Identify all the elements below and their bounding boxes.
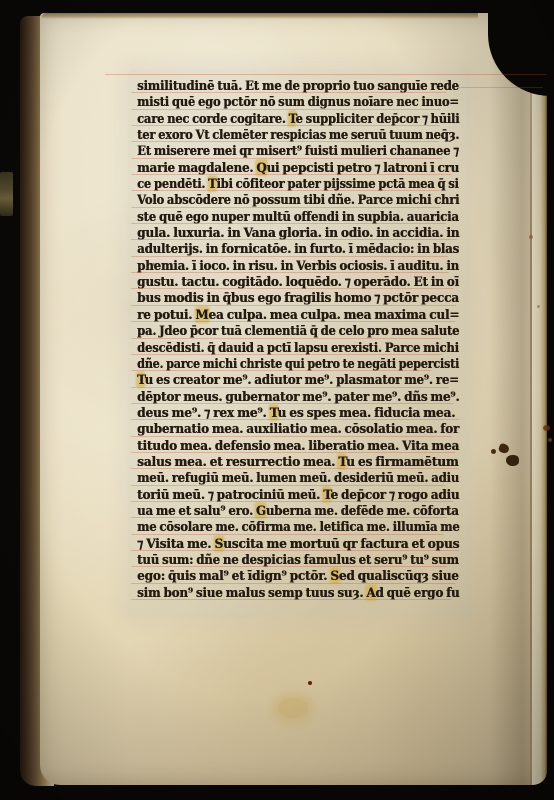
text-segment: u es spes mea. fiducia mea.	[277, 405, 455, 420]
text-line: adulterijs. in fornicatōe. in furto. ī m…	[137, 241, 438, 257]
text-segment: pa. Jdeo p̄cor tuā clementiā q̄ de celo …	[137, 323, 459, 338]
text-line: toriū meū. ⁊ patrociniū meū. Te dep̄cor …	[137, 487, 444, 503]
yellow-washed-initial: T	[323, 487, 330, 502]
facing-page-curl	[532, 13, 547, 785]
text-line: pa. Jdeo p̄cor tuā clementiā q̄ de celo …	[137, 323, 432, 339]
yellow-washed-initial: S	[330, 568, 339, 583]
text-segment: d quē ergo fu	[375, 585, 459, 600]
text-segment: dēptor meus. gubernator me⁹. pater me⁹. …	[137, 389, 459, 404]
text-line: me cōsolare me. cōfirma me. letifica me.…	[137, 519, 434, 535]
text-line: Et miserere mei qr misert⁹ fuisti mulier…	[137, 143, 433, 159]
text-line: dēptor meus. gubernator me⁹. pater me⁹. …	[137, 389, 444, 405]
text-line: phemia. ī ioco. in risu. in Verbis ocios…	[137, 258, 439, 274]
text-segment: re potui.	[137, 307, 195, 322]
text-segment: uberna me. defēde me. cōforta	[266, 503, 459, 518]
text-segment: ce pendēti.	[137, 176, 208, 191]
text-segment: tuū sum: dñe ne despicias famulus et ser…	[137, 552, 459, 567]
text-line: ⁊ Visita me. Suscita me mortuū qr factur…	[137, 536, 449, 552]
yellow-washed-initial: T	[288, 111, 295, 126]
text-segment: gustu. tactu. cogitādo. loquēdo. ⁊ operā…	[137, 274, 459, 289]
text-line: misti quē ego pctōr nō sum dignus noīare…	[137, 94, 432, 110]
text-segment: salus mea. et resurrectio mea.	[137, 454, 338, 469]
text-line: ter exoro Vt clemēter respicias me seruū…	[137, 127, 430, 143]
page-top-edge	[42, 13, 478, 19]
text-block: similitudinē tuā. Et me de proprio tuo s…	[137, 78, 459, 603]
text-segment: care nec corde cogitare.	[137, 111, 288, 126]
text-segment: u es creator me⁹. adiutor me⁹. plasmator…	[145, 372, 459, 387]
text-segment: toriū meū. ⁊ patrociniū meū.	[137, 487, 323, 502]
yellow-washed-initial: Q	[256, 160, 266, 175]
text-line: descēdisti. q̄ dauid a pctī lapsu erexis…	[137, 340, 433, 356]
text-segment: ter exoro Vt clemēter respicias me seruū…	[137, 127, 459, 142]
text-segment: ibi cōfiteor pater pijssime pctā mea q̄ …	[216, 176, 458, 191]
text-segment: me cōsolare me. cōfirma me. letifica me.…	[137, 519, 459, 534]
yellow-washed-initial: A	[366, 585, 375, 600]
yellow-washed-initial: T	[208, 176, 216, 191]
text-segment: Et miserere mei qr misert⁹ fuisti mulier…	[137, 143, 459, 158]
red-ruling-top	[105, 74, 547, 75]
text-segment: phemia. ī ioco. in risu. in Verbis ocios…	[137, 258, 459, 273]
text-segment: gula. luxuria. in Vana gloria. in odio. …	[137, 225, 459, 240]
text-segment: e suppliciter dep̄cor ⁊ hūili	[296, 111, 460, 126]
text-segment: sim bon⁹ siue malus semp tuus suȝ.	[137, 585, 366, 600]
dark-speck	[308, 681, 312, 685]
text-segment: ea culpa. mea culpa. mea maxima cul=	[208, 307, 459, 322]
text-line: bus modis in q̄bus ego fragilis homo ⁊ p…	[137, 290, 447, 306]
text-line: gubernatio mea. auxiliatio mea. cōsolati…	[137, 421, 442, 437]
text-segment: similitudinē tuā. Et me de proprio tuo s…	[137, 78, 459, 93]
text-segment: marie magdalene.	[137, 160, 256, 175]
text-line: ce pendēti. Tibi cōfiteor pater pijssime…	[137, 176, 431, 192]
yellow-washed-initial: T	[270, 405, 278, 420]
text-segment: meū. refugiū meū. lumen meū. desideriū m…	[137, 470, 459, 485]
text-segment: ste quē ego nuper multū offendi in supbi…	[137, 209, 459, 224]
text-line: dñe. parce michi christe qui petro te ne…	[137, 356, 422, 372]
text-line: gula. luxuria. in Vana gloria. in odio. …	[137, 225, 447, 241]
text-line: tuū sum: dñe ne despicias famulus et ser…	[137, 552, 438, 568]
book-page: similitudinē tuā. Et me de proprio tuo s…	[40, 13, 547, 785]
text-segment: Volo abscōdere nō possum tibi dñe. Parce…	[137, 192, 459, 207]
text-segment: bus modis in q̄bus ego fragilis homo ⁊ p…	[137, 290, 459, 305]
yellow-washed-initial: S	[214, 536, 223, 551]
text-line: titudo mea. defensio mea. liberatio mea.…	[137, 438, 446, 454]
text-line: Volo abscōdere nō possum tibi dñe. Parce…	[137, 192, 432, 208]
text-segment: descēdisti. q̄ dauid a pctī lapsu erexis…	[137, 340, 459, 355]
text-line: ua me et salu⁹ ero. Guberna me. defēde m…	[137, 503, 438, 519]
text-line: Tu es creator me⁹. adiutor me⁹. plasmato…	[137, 372, 439, 388]
yellow-washed-initial: T	[137, 372, 145, 387]
text-segment: misti quē ego pctōr nō sum dignus noīare…	[137, 94, 459, 109]
clasp-remnant	[0, 172, 13, 216]
text-segment: dñe. parce michi christe qui petro te ne…	[137, 356, 459, 371]
text-segment: ed qualiscūqȝ siue	[339, 568, 459, 583]
text-line: salus mea. et resurrectio mea. Tu es fir…	[137, 454, 449, 470]
text-line: care nec corde cogitare. Te suppliciter …	[137, 111, 431, 127]
text-segment: gubernatio mea. auxiliatio mea. cōsolati…	[137, 421, 459, 436]
text-segment: u es firmamētum	[346, 454, 459, 469]
yellow-washed-initial: G	[256, 503, 266, 518]
text-segment: ua me et salu⁹ ero.	[137, 503, 256, 518]
gutter-shadow	[489, 13, 533, 785]
red-ruling-right-margin	[459, 87, 543, 88]
text-segment: adulterijs. in fornicatōe. in furto. ī m…	[137, 241, 459, 256]
text-line: ste quē ego nuper multū offendi in supbi…	[137, 209, 437, 225]
text-line: ego: q̄uis mal⁹ et īdign⁹ pctōr. Sed qua…	[137, 568, 446, 584]
text-segment: e dep̄cor ⁊ rogo adiu	[330, 487, 459, 502]
yellow-washed-initial: M	[195, 307, 208, 322]
text-segment: uscita me mortuū qr factura et opus	[223, 536, 459, 551]
text-segment: ego: q̄uis mal⁹ et īdign⁹ pctōr.	[137, 568, 330, 583]
book-photo: similitudinē tuā. Et me de proprio tuo s…	[0, 0, 554, 800]
text-segment: titudo mea. defensio mea. liberatio mea.…	[137, 438, 459, 453]
text-line: meū. refugiū meū. lumen meū. desideriū m…	[137, 470, 436, 486]
text-line: similitudinē tuā. Et me de proprio tuo s…	[137, 78, 437, 94]
text-segment: deus me⁹. ⁊ rex me⁹.	[137, 405, 270, 420]
yellow-stain	[278, 698, 308, 718]
text-line: re potui. Mea culpa. mea culpa. mea maxi…	[137, 307, 446, 323]
text-line: deus me⁹. ⁊ rex me⁹. Tu es spes mea. fid…	[137, 405, 449, 421]
text-segment: ⁊ Visita me.	[137, 536, 214, 551]
rust-speck	[548, 438, 552, 442]
text-line: sim bon⁹ siue malus semp tuus suȝ. Ad qu…	[137, 585, 442, 601]
text-line: marie magdalene. Qui pepcisti petro ⁊ la…	[137, 160, 442, 176]
text-line: gustu. tactu. cogitādo. loquēdo. ⁊ operā…	[137, 274, 444, 290]
text-segment: ui pepcisti petro ⁊ latroni ī cru	[266, 160, 459, 175]
